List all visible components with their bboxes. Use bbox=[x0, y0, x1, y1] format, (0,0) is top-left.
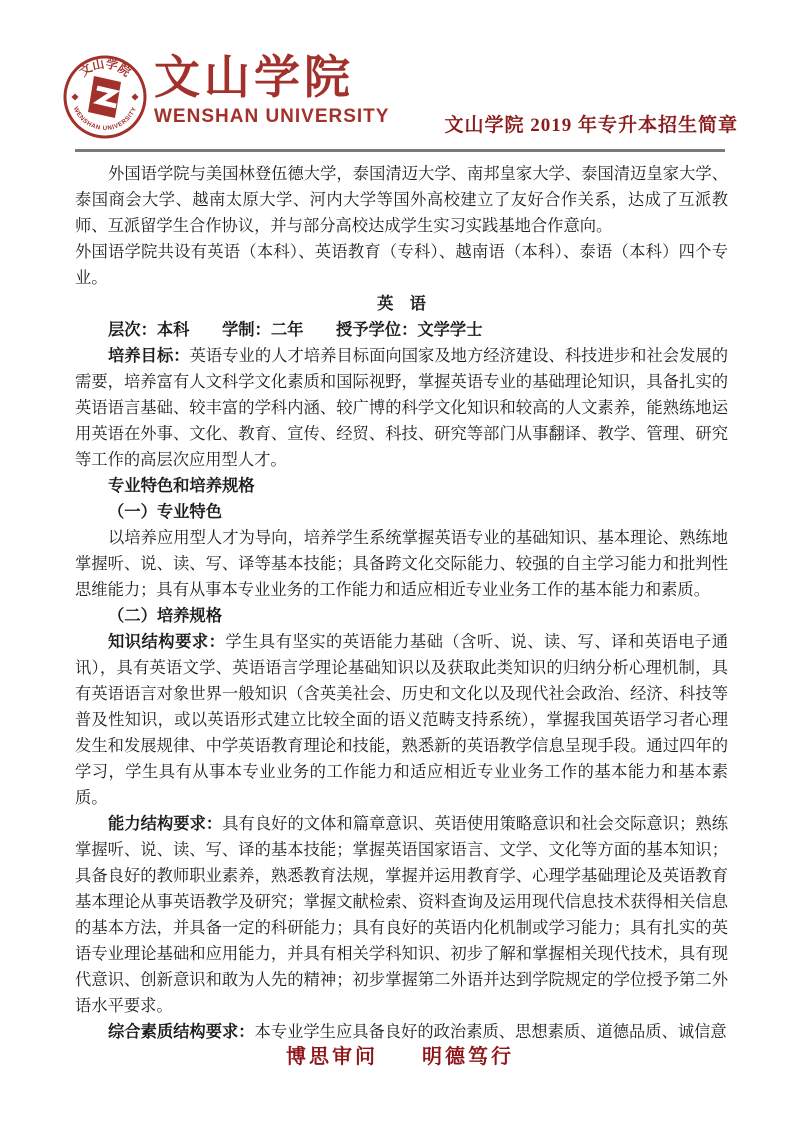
university-seal-icon: 文山学院 WENSHAN UNIVERSITY bbox=[63, 55, 147, 139]
paragraph-international-cooperation: 外国语学院与美国林登伍德大学，泰国清迈大学、南邦皇家大学、泰国清迈皇家大学、泰国… bbox=[75, 161, 728, 239]
paragraph-text: 学生具有坚实的英语能力基础（含听、说、读、写、译和英语电子通讯），具有英语文学、… bbox=[75, 632, 728, 807]
motto-right: 明德笃行 bbox=[422, 1040, 514, 1069]
paragraph-lead: 综合素质结构要求： bbox=[108, 1022, 255, 1041]
heading-text: 英 语 bbox=[377, 294, 426, 313]
document-title: 文山学院 2019 年专升本招生简章 bbox=[444, 110, 738, 137]
paragraph-professional-features: 以培养应用型人才为导向，培养学生系统掌握英语专业的基础知识、基本理论、熟练地掌握… bbox=[75, 525, 728, 603]
paragraph-text: 以培养应用型人才为导向，培养学生系统掌握英语专业的基础知识、基本理论、熟练地掌握… bbox=[75, 528, 728, 599]
heading-professional-features: （一）专业特色 bbox=[75, 499, 728, 525]
page-footer: 博思审问 明德笃行 bbox=[0, 1040, 800, 1069]
motto-left: 博思审问 bbox=[286, 1040, 378, 1069]
university-name-cn: 文山学院 bbox=[154, 50, 414, 106]
paragraph-ability-structure: 能力结构要求：具有良好的文体和篇章意识、英语使用策略意识和社会交际意识；熟练掌握… bbox=[75, 811, 728, 1019]
paragraph-training-goal: 培养目标：英语专业的人才培养目标面向国家及地方经济建设、科技进步和社会发展的需要… bbox=[75, 343, 728, 473]
paragraph-majors-overview: 外国语学院共设有英语（本科）、英语教育（专科）、越南语（本科）、泰语（本科）四个… bbox=[75, 239, 728, 291]
paragraph-text: 具有良好的文体和篇章意识、英语使用策略意识和社会交际意识；熟练掌握听、说、读、写… bbox=[75, 814, 728, 1015]
document-body: 外国语学院与美国林登伍德大学，泰国清迈大学、南邦皇家大学、泰国清迈皇家大学、泰国… bbox=[75, 161, 728, 1045]
heading-training-specs: （二）培养规格 bbox=[75, 603, 728, 629]
header-rule bbox=[75, 149, 725, 152]
heading-features-and-specs: 专业特色和培养规格 bbox=[75, 473, 728, 499]
heading-text: 专业特色和培养规格 bbox=[108, 476, 255, 495]
section-heading-english: 英 语 bbox=[75, 291, 728, 317]
paragraph-knowledge-structure: 知识结构要求：学生具有坚实的英语能力基础（含听、说、读、写、译和英语电子通讯），… bbox=[75, 629, 728, 811]
paragraph-text: 外国语学院与美国林登伍德大学，泰国清迈大学、南邦皇家大学、泰国清迈皇家大学、泰国… bbox=[75, 164, 728, 235]
paragraph-lead: 知识结构要求： bbox=[108, 632, 225, 651]
heading-text: （一）专业特色 bbox=[108, 502, 222, 521]
page-header: 文山学院 WENSHAN UNIVERSITY 文山学院 WENSHAN UNI… bbox=[0, 0, 800, 150]
line-text: 层次：本科 学制：二年 授予学位：文学学士 bbox=[108, 320, 482, 339]
paragraph-text: 外国语学院共设有英语（本科）、英语教育（专科）、越南语（本科）、泰语（本科）四个… bbox=[75, 242, 728, 287]
paragraph-text: 本专业学生应具备良好的政治素质、思想素质、道德品质、诚信意 bbox=[255, 1022, 727, 1041]
heading-text: （二）培养规格 bbox=[108, 606, 222, 625]
university-name-en: WENSHAN UNIVERSITY bbox=[154, 106, 414, 128]
line-level-duration-degree: 层次：本科 学制：二年 授予学位：文学学士 bbox=[75, 317, 728, 343]
paragraph-lead: 培养目标： bbox=[108, 346, 190, 365]
paragraph-lead: 能力结构要求： bbox=[108, 814, 222, 833]
logo-text-block: 文山学院 WENSHAN UNIVERSITY bbox=[154, 50, 414, 128]
document-page: 文山学院 WENSHAN UNIVERSITY 文山学院 WENSHAN UNI… bbox=[0, 0, 800, 1131]
